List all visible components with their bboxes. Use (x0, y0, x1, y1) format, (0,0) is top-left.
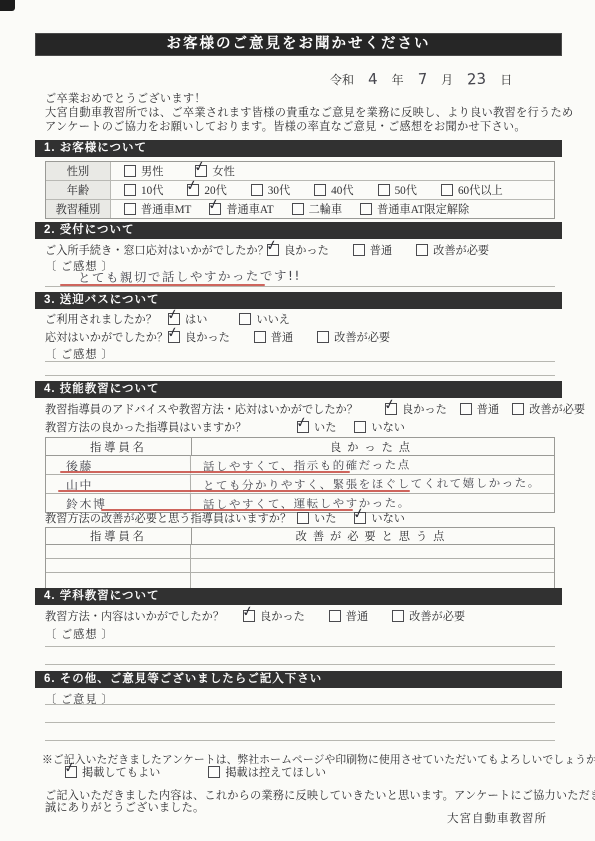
checkbox[interactable] (297, 512, 309, 524)
improve-instructor-question-line: 教習方法の改善が必要と思う指導員はいますか？ いた いない (45, 511, 423, 525)
checkbox-label: 改善が必要 (433, 242, 489, 258)
checkbox-label: 改善が必要 (529, 401, 585, 417)
checkbox-option[interactable]: 改善が必要 (512, 401, 585, 417)
checkbox-label: 良かった (260, 608, 305, 624)
question-text: ご利用されましたか？ (45, 311, 168, 327)
checkbox-label: 普通車MT (141, 201, 191, 217)
checkbox[interactable] (209, 203, 221, 215)
checkbox[interactable] (195, 165, 207, 177)
academic-question-line: 教習方法・内容はいかがでしたか？ 良かった 普通 改善が必要 (45, 609, 489, 623)
checkbox-label: いない (371, 419, 405, 435)
scan-artifact (0, 0, 15, 11)
checkbox-option[interactable]: いた (297, 510, 336, 526)
checkbox-label: 二輪車 (309, 201, 343, 217)
checkbox[interactable] (378, 184, 390, 196)
table-row-gender: 性別 男性 女性 (46, 162, 554, 181)
checkbox[interactable] (317, 331, 329, 343)
checkbox-label: 60代以上 (458, 182, 503, 198)
checkbox[interactable] (392, 610, 404, 622)
reception-question-line: ご入所手続き・窓口応対はいかがでしたか？ 良かった 普通 改善が必要 (45, 243, 513, 257)
bus-service-options: 良かった 普通 改善が必要 (168, 329, 414, 345)
checkbox-label: いいえ (256, 311, 290, 327)
table-row-course-type: 教習種別 普通車MT 普通車AT 二輪車 普通車AT限定解除 (46, 200, 554, 218)
checkbox-label: 10代 (141, 182, 163, 198)
checkbox-option[interactable]: 30代 (251, 182, 290, 198)
date-day-unit: 日 (500, 71, 512, 88)
checkbox-option[interactable]: 掲載は控えてほしい (208, 764, 326, 780)
checkbox-label: 掲載は控えてほしい (225, 764, 326, 780)
checkbox[interactable] (267, 244, 279, 256)
bus-use-question-line: ご利用されましたか？ はい いいえ (45, 312, 322, 326)
checkbox[interactable] (65, 766, 77, 778)
checkbox-option[interactable]: 良かった (168, 329, 230, 345)
table-row: 山中 とても分かりやすく、緊張をほぐしてくれて嬉しかった。 (46, 475, 554, 494)
checkbox-option[interactable]: いた (297, 419, 336, 435)
table-row: 後藤 話しやすくて、指示も的確だった点 (46, 456, 554, 475)
checkbox[interactable] (239, 313, 251, 325)
checkbox[interactable] (441, 184, 453, 196)
survey-form-page: お客様のご意見をお聞かせください 令和 4 年 7 月 23 日 ご卒業おめでと… (0, 0, 595, 841)
comment-label: 〔 ご感想 〕 (45, 626, 114, 642)
red-underline (60, 471, 350, 473)
checkbox-option[interactable]: 普通車MT (124, 201, 191, 217)
improve-instructor-options: いた いない (297, 510, 423, 526)
date-year-value: 4 (368, 70, 378, 88)
date-month-unit: 月 (441, 71, 453, 88)
question-text: 教習指導員のアドバイスや教習方法・応対はいかがでしたか？ (45, 401, 385, 417)
customer-info-table: 性別 男性 女性 年齢 10代 20代 (45, 161, 555, 219)
checkbox-label: 普通 (271, 329, 293, 345)
empty-table-row (46, 573, 554, 588)
instructor-name-blank (46, 573, 191, 588)
checkbox-label: 良かった (185, 329, 230, 345)
instructor-name-blank (46, 545, 191, 558)
bus-use-options: はい いいえ (168, 311, 322, 327)
table-row-age: 年齢 10代 20代 30代 40代 50代 (46, 181, 554, 200)
checkbox-label: はい (185, 311, 207, 327)
empty-table-row (46, 545, 554, 559)
comment-line (45, 664, 555, 665)
checkbox[interactable] (168, 331, 180, 343)
date-era-label: 令和 (330, 71, 354, 88)
question-text: 教習方法の良かった指導員はいますか？ (45, 419, 297, 435)
question-text: 応対はいかがでしたか？ (45, 329, 168, 345)
school-signature: 大宮自動車教習所 (447, 810, 547, 826)
comment-line (45, 361, 555, 362)
comment-line (45, 740, 555, 741)
checkbox-option[interactable]: 普通車AT限定解除 (360, 201, 469, 217)
checkbox-option[interactable]: 20代 (187, 182, 226, 198)
form-title: お客様のご意見をお聞かせください (35, 33, 562, 56)
checkbox-label: 普通 (346, 608, 368, 624)
checkbox-option[interactable]: 女性 (195, 163, 234, 179)
checkbox-label: 良かった (284, 242, 329, 258)
checkbox[interactable] (187, 184, 199, 196)
checkbox-label: 50代 (395, 182, 417, 198)
date-year-unit: 年 (392, 71, 404, 88)
section-header-skill-training: 4. 技能教習について (35, 381, 562, 398)
checkbox-option[interactable]: いいえ (239, 311, 290, 327)
date-line: 令和 4 年 7 月 23 日 (330, 70, 570, 88)
course-type-options: 普通車MT 普通車AT 二輪車 普通車AT限定解除 (111, 201, 487, 217)
checkbox-option[interactable]: 40代 (314, 182, 353, 198)
checkbox-option[interactable]: 男性 (124, 163, 163, 179)
column-header-instructor-name: 指導員名 (46, 528, 192, 544)
table-header-row: 指導員名 良かった点 (46, 438, 554, 456)
checkbox-option[interactable]: 60代以上 (441, 182, 503, 198)
checkbox[interactable] (329, 610, 341, 622)
intro-line: 大宮自動車教習所では、ご卒業されます皆様の貴重なご意見を業務に反映し、より良い教… (45, 106, 573, 120)
date-month-value: 7 (417, 70, 427, 88)
section-header-reception: 2. 受付について (35, 222, 562, 239)
checkbox-option[interactable]: いない (354, 419, 405, 435)
good-instructor-table: 指導員名 良かった点 後藤 話しやすくて、指示も的確だった点 山中 とても分かり… (45, 437, 555, 513)
checkbox-label: 30代 (268, 182, 290, 198)
checkbox-option[interactable]: 普通 (353, 242, 392, 258)
comment-line (45, 375, 555, 376)
column-header-good-point: 良かった点 (192, 439, 554, 455)
checkbox-option[interactable]: 普通 (329, 608, 368, 624)
checkbox-option[interactable]: 掲載してもよい (65, 764, 160, 780)
closing-text-line: 誠にありがとうございました。 (45, 799, 204, 815)
question-text: ご入所手続き・窓口応対はいかがでしたか？ (45, 242, 267, 258)
row-label-course-type: 教習種別 (46, 200, 111, 218)
comment-line (45, 704, 555, 705)
skill-advice-question-line: 教習指導員のアドバイスや教習方法・応対はいかがでしたか？ 良かった 普通 改善が… (45, 402, 595, 416)
age-options: 10代 20代 30代 40代 50代 60代以上 (111, 182, 527, 198)
checkbox-option[interactable]: 普通 (254, 329, 293, 345)
intro-line: ご卒業おめでとうございます！ (45, 92, 573, 106)
section-header-academic-training: 4. 学科教習について (35, 588, 562, 605)
checkbox-option[interactable]: 良かった (267, 242, 329, 258)
checkbox-option[interactable]: 改善が必要 (416, 242, 489, 258)
checkbox-option[interactable]: 普通車AT (209, 201, 273, 217)
red-underline (58, 490, 410, 492)
intro-text: ご卒業おめでとうございます！ 大宮自動車教習所では、ご卒業されます皆様の貴重なご… (45, 92, 573, 134)
checkbox-label: 良かった (402, 401, 447, 417)
good-instructor-options: いた いない (297, 419, 423, 435)
checkbox-label: 普通車AT (226, 201, 273, 217)
checkbox-label: 改善が必要 (334, 329, 390, 345)
reception-options: 良かった 普通 改善が必要 (267, 242, 513, 258)
checkbox[interactable] (243, 610, 255, 622)
checkbox-option[interactable]: 50代 (378, 182, 417, 198)
checkbox[interactable] (124, 165, 136, 177)
checkbox-option[interactable]: 改善が必要 (317, 329, 390, 345)
checkbox[interactable] (360, 203, 372, 215)
intro-line: アンケートのご協力をお願いしております。皆様の率直なご意見・ご感想をお聞かせ下さ… (45, 120, 573, 134)
checkbox-option[interactable]: 普通 (460, 401, 499, 417)
comment-line (45, 722, 555, 723)
question-text: 教習方法の改善が必要と思う指導員はいますか？ (45, 510, 297, 526)
checkbox[interactable] (460, 403, 472, 415)
checkbox-label: いた (314, 419, 336, 435)
checkbox-label: 普通車AT限定解除 (377, 201, 469, 217)
comment-label: 〔 ご感想 〕 (45, 346, 114, 362)
comment-line (45, 646, 555, 647)
checkbox-label: 掲載してもよい (82, 764, 160, 780)
table-header-row: 指導員名 改善が必要と思う点 (46, 528, 554, 545)
checkbox-label: 普通 (477, 401, 499, 417)
checkbox[interactable] (124, 184, 136, 196)
checkbox-label: いた (314, 510, 336, 526)
checkbox-option[interactable]: 良かった (243, 608, 305, 624)
section-header-shuttle-bus: 3. 送迎バスについて (35, 292, 562, 309)
checkbox[interactable] (208, 766, 220, 778)
checkbox[interactable] (416, 244, 428, 256)
checkbox-label: 普通 (370, 242, 392, 258)
question-text: 教習方法・内容はいかがでしたか？ (45, 608, 243, 624)
checkbox[interactable] (354, 512, 366, 524)
row-label-gender: 性別 (46, 162, 111, 180)
skill-advice-options: 良かった 普通 改善が必要 (385, 401, 595, 417)
date-day-value: 23 (467, 70, 487, 89)
instructor-name-blank (46, 559, 191, 572)
publish-options: 掲載してもよい 掲載は控えてほしい (65, 764, 374, 780)
section-header-other: 6. その他、ご意見等ございましたらご記入下さい (35, 671, 562, 688)
checkbox-label: 女性 (212, 163, 234, 179)
checkbox[interactable] (292, 203, 304, 215)
improve-instructor-table: 指導員名 改善が必要と思う点 (45, 527, 555, 589)
academic-options: 良かった 普通 改善が必要 (243, 608, 489, 624)
checkbox-label: 改善が必要 (409, 608, 465, 624)
checkbox-option[interactable]: いない (354, 510, 405, 526)
column-header-instructor-name: 指導員名 (46, 438, 192, 455)
bus-service-question-line: 応対はいかがでしたか？ 良かった 普通 改善が必要 (45, 330, 414, 344)
checkbox[interactable] (254, 331, 266, 343)
checkbox-label: いない (371, 510, 405, 526)
checkbox-option[interactable]: 10代 (124, 182, 163, 198)
checkbox-option[interactable]: 改善が必要 (392, 608, 465, 624)
checkbox[interactable] (168, 313, 180, 325)
good-instructor-question-line: 教習方法の良かった指導員はいますか？ いた いない (45, 420, 423, 434)
checkbox[interactable] (385, 403, 397, 415)
section-header-customer: 1. お客様について (35, 140, 562, 157)
row-label-age: 年齢 (46, 181, 111, 199)
comment-line (45, 286, 555, 287)
column-header-improve-point: 改善が必要と思う点 (192, 528, 554, 544)
gender-options: 男性 女性 (111, 163, 267, 179)
empty-table-row (46, 559, 554, 573)
checkbox[interactable] (512, 403, 524, 415)
checkbox[interactable] (354, 421, 366, 433)
checkbox[interactable] (251, 184, 263, 196)
checkbox-label: 男性 (141, 163, 163, 179)
checkbox[interactable] (124, 203, 136, 215)
checkbox[interactable] (314, 184, 326, 196)
checkbox[interactable] (353, 244, 365, 256)
checkbox[interactable] (297, 421, 309, 433)
checkbox-label: 40代 (331, 182, 353, 198)
checkbox-option[interactable]: 二輪車 (292, 201, 343, 217)
checkbox-option[interactable]: 良かった (385, 401, 447, 417)
